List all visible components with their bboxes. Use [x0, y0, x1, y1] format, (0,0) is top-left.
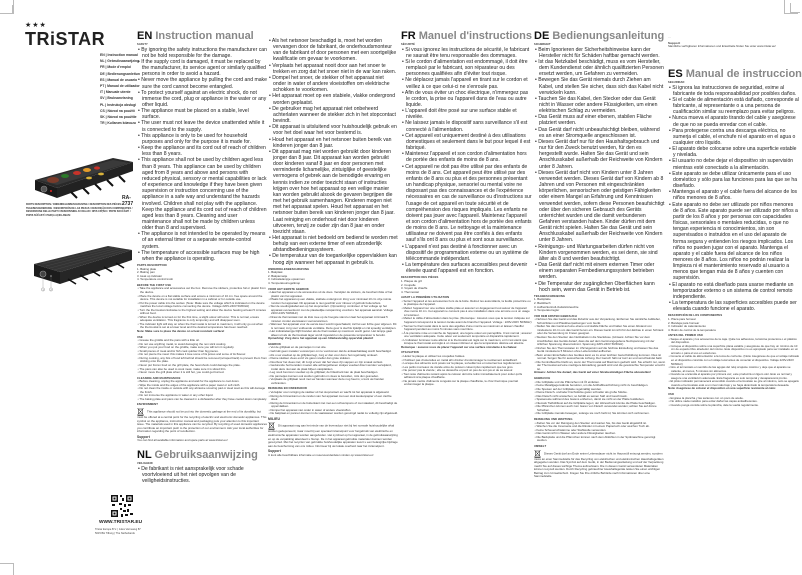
- es-part-item: 4. Botón de control de la temperatura: [668, 329, 800, 333]
- es-safety-item: La temperatura de las superficies accesi…: [668, 300, 800, 312]
- es-safety-item: Si el cable de alimentación está dañado,…: [668, 97, 800, 115]
- fr-title: FR Manuel d'instructions: [401, 30, 532, 42]
- fr-safety-item: L'appareil n'est pas destiné à fonctionn…: [401, 244, 532, 262]
- fr-safety-item: Afin de vous éviter un choc électrique, …: [401, 90, 532, 108]
- nl-safety-item: Het apparaat moet op een stabiele, vlakk…: [268, 93, 398, 105]
- en-safety-item: This appliance is only to be used for ho…: [137, 133, 267, 145]
- es-safety-item: Si ignora las instrucciones de seguridad…: [668, 85, 800, 97]
- fr-safety-item: Ne déplacez jamais l'appareil en tirant …: [401, 77, 532, 89]
- nl-safety-item: Het apparaat is niet bedoeld om bediend …: [268, 235, 398, 253]
- en-before-note: Note: Make sure to place the device on a…: [137, 330, 267, 334]
- nl-safety-item: Als het netsnoer beschadigd is, moet het…: [268, 38, 398, 63]
- de-safety-item: Bewegen Sie das Gerät niemals durch Zieh…: [534, 77, 666, 95]
- de-part-item: 4. Temperaturregler: [534, 309, 666, 313]
- en-section-col1: EN Instruction manual SAFETY By ignoring…: [137, 30, 267, 484]
- nl-cleaning-item: De bakplaat en pannen kunnen in de vaatw…: [268, 412, 398, 416]
- nl-safety-item: De fabrikant is niet aansprakelijk voor …: [137, 466, 267, 484]
- de-safety-item: Das Gerät darf nicht mit einem externen …: [534, 262, 666, 280]
- en-safety-item: The appliance is not intended to be oper…: [137, 231, 267, 249]
- de-environment-text: Dieses Gerät darf am Ende seiner Lebensd…: [534, 449, 666, 479]
- es-use-item: Cuando ponga comida sobre la plancha, de…: [668, 404, 800, 408]
- language-item: PL | Instrukcja obsługi: [100, 102, 140, 108]
- fr-safety-item: Si vous ignorez les instructions de sécu…: [401, 47, 532, 59]
- de-safety-item: Das Gerät darf nicht unbeaufsichtigt ble…: [534, 127, 666, 139]
- de-environment-text-cont: …: [668, 36, 798, 40]
- es-safety-item: El usuario no debe dejar el dispositivo …: [668, 158, 800, 170]
- de-use-item: Die Grillplatte niemals bewegen, solange…: [534, 412, 666, 416]
- crop-mark-top-right-2: [790, 3, 800, 13]
- de-section-col4: DE Bedienungsanleitung SICHERHEIT Beim I…: [534, 30, 666, 479]
- es-safety-item: Para protegerse contra una descarga eléc…: [668, 128, 800, 146]
- nl-safety-item: Dit apparaat mag niet worden gebruikt do…: [268, 149, 398, 235]
- de-safety-item: Das Gerät muss auf einer ebenen, stabile…: [534, 114, 666, 126]
- language-list: EN | Instruction manual NL | Gebruiksaan…: [100, 52, 140, 126]
- de-safety-item: Ist das Netzkabel beschädigt, muss es vo…: [534, 59, 666, 77]
- parts-description-header: PARTS DESCRIPTION / ONDERDELENBESCHRIJVI…: [26, 203, 134, 217]
- nl-use-item: Verplaats de grillplaat nooit met uw han…: [268, 378, 398, 385]
- nl-part-item: 4. Temperatuurregelknop: [268, 282, 398, 286]
- en-safety-item: The appliance must be placed on a stable…: [137, 108, 267, 120]
- en-use-item: Never move the grill plate when it is st…: [137, 371, 267, 375]
- fr-safety-item: La température des surfaces accessibles …: [401, 262, 532, 274]
- es-safety-item: El aparato debe colocarse sobre una supe…: [668, 146, 800, 158]
- nl-support-text: U kunt alle beschikbare informatie en re…: [268, 454, 398, 458]
- fr-safety-item: Maintenez l'appareil et son cordon d'ali…: [401, 151, 532, 163]
- en-safety-item: The temperature of accessible surfaces m…: [137, 250, 267, 262]
- en-safety-item: Keep the appliance and its cord out of r…: [137, 145, 267, 157]
- de-support-text: Sämtliche verfügbaren Informationen und …: [668, 45, 798, 49]
- language-item: TR | Kullanım kılavuzu: [100, 120, 140, 126]
- en-title: EN Instruction manual: [137, 30, 267, 42]
- website-link[interactable]: WWW.TRISTAR.EU: [99, 520, 142, 525]
- nl-safety-item: Dit apparaat is uitsluitend voor huishou…: [268, 124, 398, 136]
- nl-safety-item: Dompel het snoer, de stekker of het appa…: [268, 75, 398, 93]
- fr-safety-item: Ne laissez jamais le dispositif sans sur…: [401, 120, 532, 132]
- de-before-note: Hinweis: Achten Sie darauf, das Gerät au…: [534, 371, 666, 375]
- en-safety-item: This appliance shall not be used by chil…: [137, 157, 267, 231]
- de-before-item: Stecken Sie den Stecker des Netzkabels i…: [534, 336, 666, 347]
- de-safety-item: Reinigungs- und Wartungsarbeiten dürfen …: [534, 244, 666, 262]
- de-safety-item: Dieses Gerät darf nicht von Kindern unte…: [534, 170, 666, 244]
- en-safety-item: The user must not leave the device unatt…: [137, 120, 267, 132]
- es-safety-item: Mantenga el aparato y el cable fuera del…: [668, 189, 800, 201]
- raclette-grill-diagram: 1 2: [28, 232, 134, 292]
- company-address: Tristar Europe B.V. | Jules Verneweg 87 …: [95, 528, 141, 535]
- nl-safety-item: De gebruiker mag het apparaat niet onbeh…: [268, 106, 398, 124]
- es-safety-item: Nunca mueva el aparato tirando del cable…: [668, 115, 800, 127]
- nl-safety-item: Verplaats het apparaat nooit door aan he…: [268, 63, 398, 75]
- en-safety-item: By ignoring the safety instructions the …: [137, 47, 267, 59]
- nl-section-col2: Als het netsnoer beschadigd is, moet het…: [268, 38, 398, 457]
- en-part-item: 4. Temperature control knob: [137, 278, 267, 282]
- en-safety-item: If the supply cord is damaged, it must b…: [137, 59, 267, 77]
- es-safety-item: El aparato no está diseñado para usarse …: [668, 282, 800, 300]
- nl-safety-item: De temperatuur van de toegankelijke oppe…: [268, 253, 398, 265]
- language-item: DE | Bedienungsanleitung: [100, 71, 140, 77]
- nl-before-note: Opmerking: Zorg dat u het apparaat op ee…: [268, 337, 398, 341]
- nl-title: NL Gebruiksaanwijzing: [137, 449, 267, 461]
- manual-page: ★★★ TRiSTAR EN | Instruction manual NL |…: [0, 0, 802, 575]
- es-safety-item: Este aparato se debe utilizar únicamente…: [668, 171, 800, 189]
- en-support-text: You can find all available information a…: [137, 439, 267, 443]
- de-safety-item: Die Temperatur der zugänglichen Oberfläc…: [534, 281, 666, 293]
- logo-brand: TRiSTAR: [25, 30, 105, 48]
- fr-section-col3: FR Manuel d'instructions SÉCURITÉ Si vou…: [401, 30, 532, 387]
- tristar-logo: ★★★ TRiSTAR: [25, 22, 105, 48]
- de-title: DE Bedienungsanleitung: [534, 30, 666, 42]
- es-safety-item: Este aparato no debe ser utilizado por n…: [668, 202, 800, 282]
- qr-code[interactable]: [110, 494, 134, 518]
- fr-safety-item: Cet appareil est uniquement destiné à de…: [401, 133, 532, 151]
- en-safety-item: To protect yourself against an electric …: [137, 90, 267, 108]
- de-safety-item: Dieses Gerät darf nur für den Haushaltsg…: [534, 139, 666, 170]
- address-line: 5015 BH Tilburg | The Netherlands: [95, 532, 141, 536]
- de-continuation: … Support Sämtliche verfügbaren Informat…: [668, 36, 798, 49]
- es-before-note: Nota: Asegúrese de colocar el dispositiv…: [668, 387, 800, 391]
- en-safety-item: Never move the appliance by pulling the …: [137, 77, 267, 89]
- fr-before-note: Remarque : assurez-vous de placer l'appa…: [401, 346, 532, 350]
- fr-part-item: 4. Thermostat: [401, 291, 532, 295]
- raclette-grill-photo: [25, 140, 135, 202]
- fr-safety-item: L'appareil doit être posé sur une surfac…: [401, 108, 532, 120]
- fr-safety-item: Si le cordon d'alimentation est endommag…: [401, 59, 532, 77]
- de-cleaning-item: Die Backplatte und die Pfännchen können …: [534, 436, 666, 443]
- de-safety-item: Beim Ignorieren der Sicherheitshinweise …: [534, 47, 666, 59]
- nl-safety-item: Houd het apparaat en het netsnoer buiten…: [268, 137, 398, 149]
- en-environment-text: This appliance should not be put into th…: [137, 407, 267, 434]
- es-section-col5: ES Manual de instrucciones SEGURIDAD Si …: [668, 68, 800, 407]
- cover-panel: ★★★ TRiSTAR EN | Instruction manual NL |…: [0, 0, 135, 575]
- fr-use-item: Ne jamais mettre d'aliments congelés sur…: [401, 380, 532, 387]
- nl-environment-text: Dit apparaat mag aan het einde van de le…: [268, 421, 398, 448]
- fr-safety-item: Cet appareil ne doit pas être utilisé pa…: [401, 164, 532, 244]
- de-safety-item: Tauchen Sie das Kabel, den Stecker oder …: [534, 96, 666, 114]
- en-cleaning-item: The baking plate and pans can be cleaned…: [137, 398, 267, 402]
- es-title: ES Manual de instrucciones: [668, 68, 800, 80]
